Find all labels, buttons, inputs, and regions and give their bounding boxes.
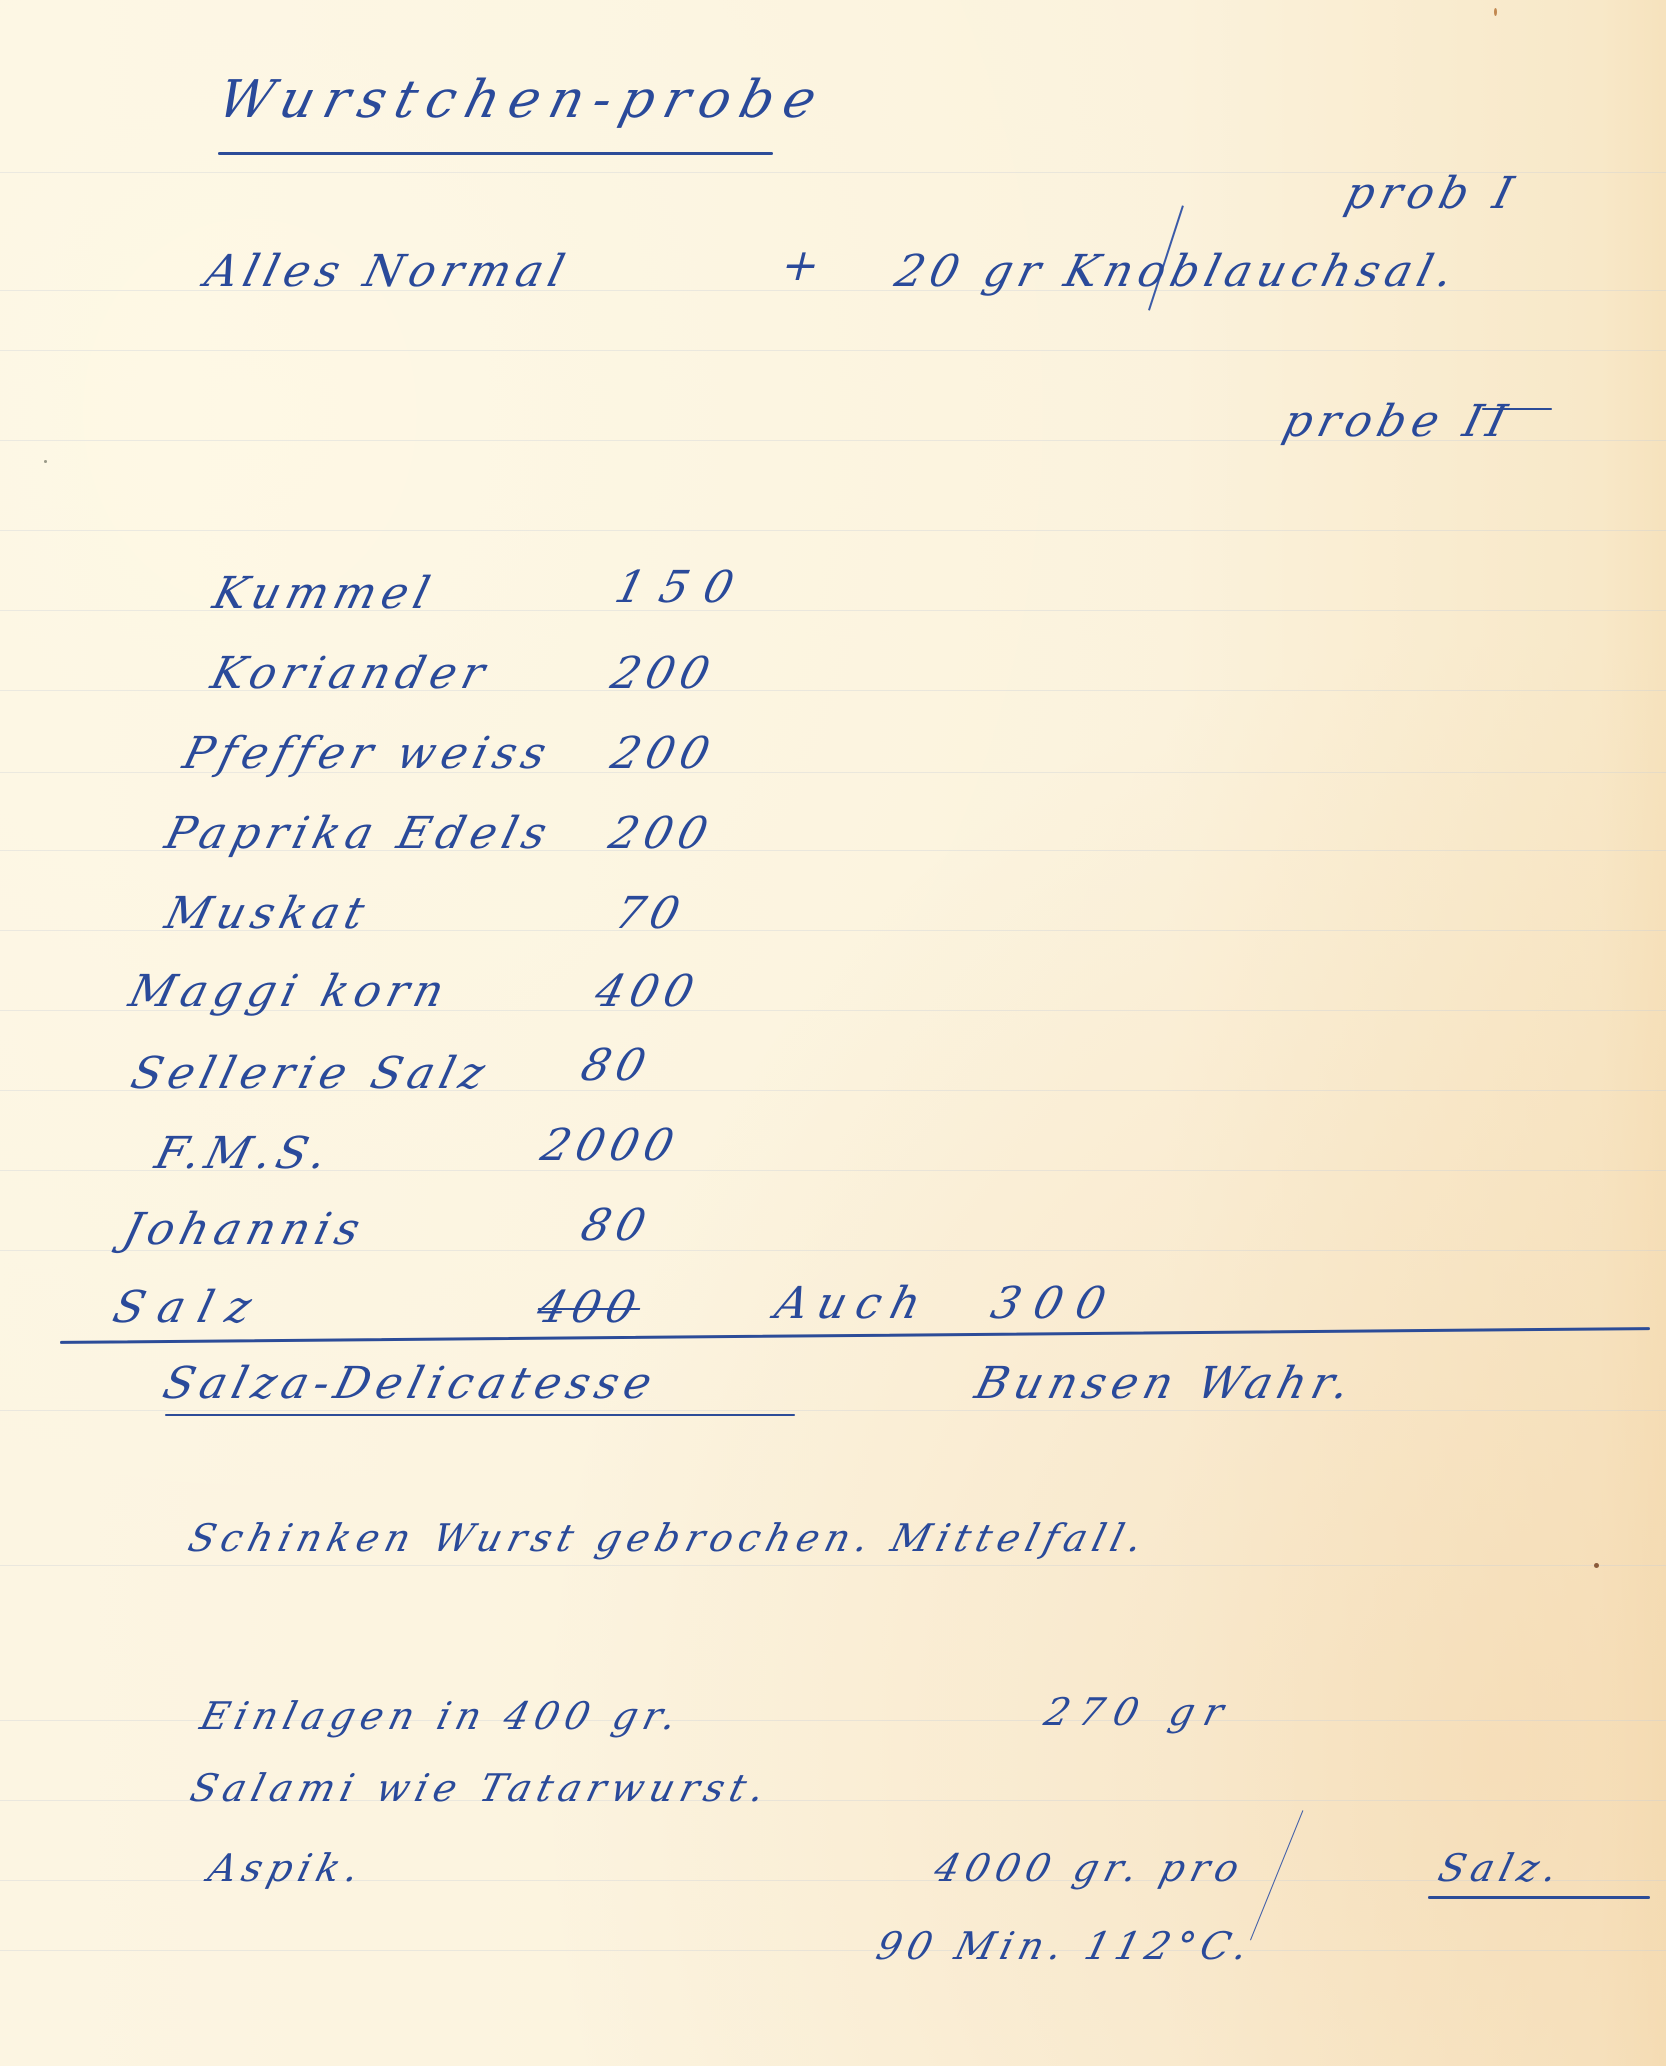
probe-1-label: prob I [1340,168,1524,219]
note-line-1: Schinken Wurst gebrochen. Mittelfall. [184,1516,1153,1560]
ingredient-amount: 400 [590,966,705,1017]
note-line-3: Salami wie Tatarwurst. [186,1766,775,1810]
note-line-5: 90 Min. 112°C. [872,1924,1258,1968]
salt-amount: 300 [986,1278,1125,1329]
salt-label: Salz [108,1282,270,1333]
stain-mark [1594,1563,1599,1568]
ingredient-name: Paprika Edels [160,808,558,859]
ruled-line [0,1565,1666,1566]
section-2-underline [165,1414,795,1416]
stain-mark [1494,8,1497,16]
salt-underline [1428,1896,1650,1899]
ingredient-amount: 150 [610,562,755,613]
note-line-4: Aspik. [204,1846,370,1890]
pen-stroke [1250,1810,1303,1940]
probe-1-note: Alles Normal [200,246,575,297]
roman-numeral-bar [1482,408,1552,410]
stain-mark [44,460,47,463]
ingredient-amount: 2000 [536,1120,685,1171]
title-underline [218,152,773,155]
ingredient-name: Muskat [160,888,375,939]
handwritten-page: Wurstchen-probe prob I Alles Normal + 20… [0,0,1666,2066]
section-2-heading-right: Bunsen Wahr. [970,1358,1361,1409]
ruled-line [0,350,1666,351]
note-line-2: Einlagen in 400 gr. [196,1694,687,1738]
ingredient-name: Koriander [206,648,496,699]
page-title: Wurstchen-probe [212,70,832,130]
section-2-heading: Salza-Delicatesse [158,1358,663,1409]
ingredient-amount: 200 [606,648,721,699]
ingredient-name: F.M.S. [150,1128,338,1179]
probe-1-addition: 20 gr Knoblauchsal. [890,246,1464,297]
salt-note: Auch [770,1278,936,1329]
ruled-line [0,530,1666,531]
ingredient-name: Kummel [208,568,441,619]
ingredient-name: Johannis [118,1204,371,1255]
ingredient-name: Maggi korn [124,966,455,1017]
note-line-4-right: 4000 gr. pro [930,1846,1250,1890]
ruled-line [0,1410,1666,1411]
note-line-2-amount: 270 gr [1040,1690,1238,1734]
ingredient-amount: 80 [576,1200,657,1251]
plus-sign: + [776,240,832,291]
ingredient-amount: 200 [606,728,721,779]
ingredient-amount: 200 [604,808,719,859]
ingredient-name: Sellerie Salz [126,1048,496,1099]
ingredient-amount: 80 [576,1040,657,1091]
section-divider [60,1327,1650,1344]
ruled-line [0,1950,1666,1951]
note-line-4-salt: Salz. [1434,1846,1568,1890]
salt-struck-amount: 400 [532,1282,647,1333]
ingredient-name: Pfeffer weiss [178,728,557,779]
probe-2-label: probe II [1278,396,1517,447]
ingredient-amount: 70 [610,888,691,939]
